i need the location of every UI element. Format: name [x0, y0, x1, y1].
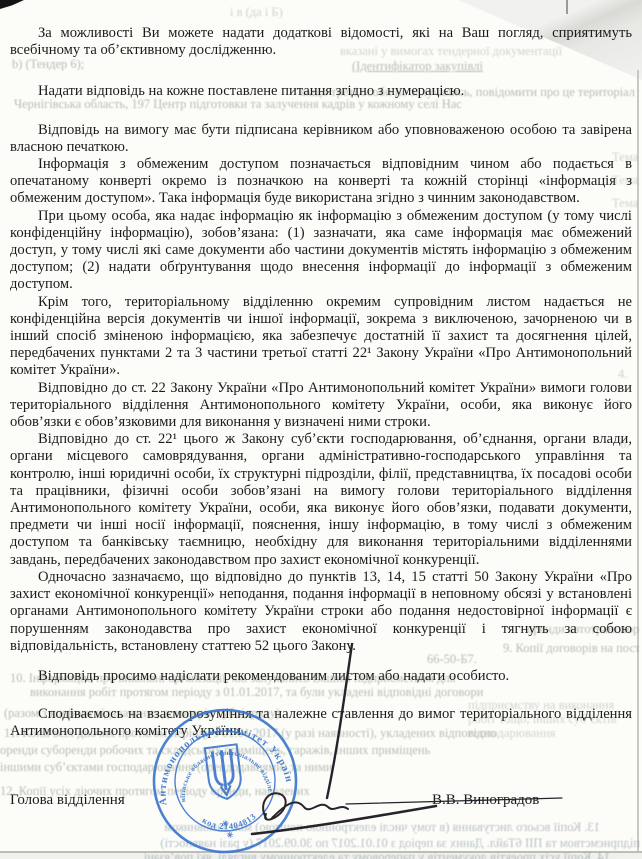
- page-right-edge: [637, 70, 639, 859]
- signer-position-label: Голова відділення: [10, 792, 125, 809]
- paragraph-answer-each-question: Надати відповідь на кожне поставлене пит…: [10, 83, 632, 100]
- paragraph-art22-1-subjects: Відповідно до ст. 22¹ цього ж Закону суб…: [10, 431, 632, 569]
- scanned-letter-page: і в (да і Б) вказані у вимогах тендерної…: [0, 0, 642, 859]
- paragraph-art22-requirements: Відповідно до ст. 22 Закону України «Про…: [10, 380, 632, 432]
- paragraph-additional-info: За можливості Ви можете надати додаткові…: [10, 25, 632, 59]
- paragraph-signed-sealed: Відповідь на вимогу має бути підписана к…: [10, 122, 632, 156]
- paragraph-restricted-info-obligations: При цьому особа, яка надає інформацію як…: [10, 208, 632, 294]
- paragraph-restricted-info-marking: Інформація з обмеженим доступом позначає…: [10, 156, 632, 208]
- scan-scratch-artifact: [566, 0, 568, 14]
- scanner-background: [0, 853, 642, 859]
- paragraph-nonconfidential-version: Крім того, територіальному відділенню ок…: [10, 294, 632, 380]
- handwritten-signature: [228, 622, 568, 852]
- scan-corner-mark: [0, 0, 24, 9]
